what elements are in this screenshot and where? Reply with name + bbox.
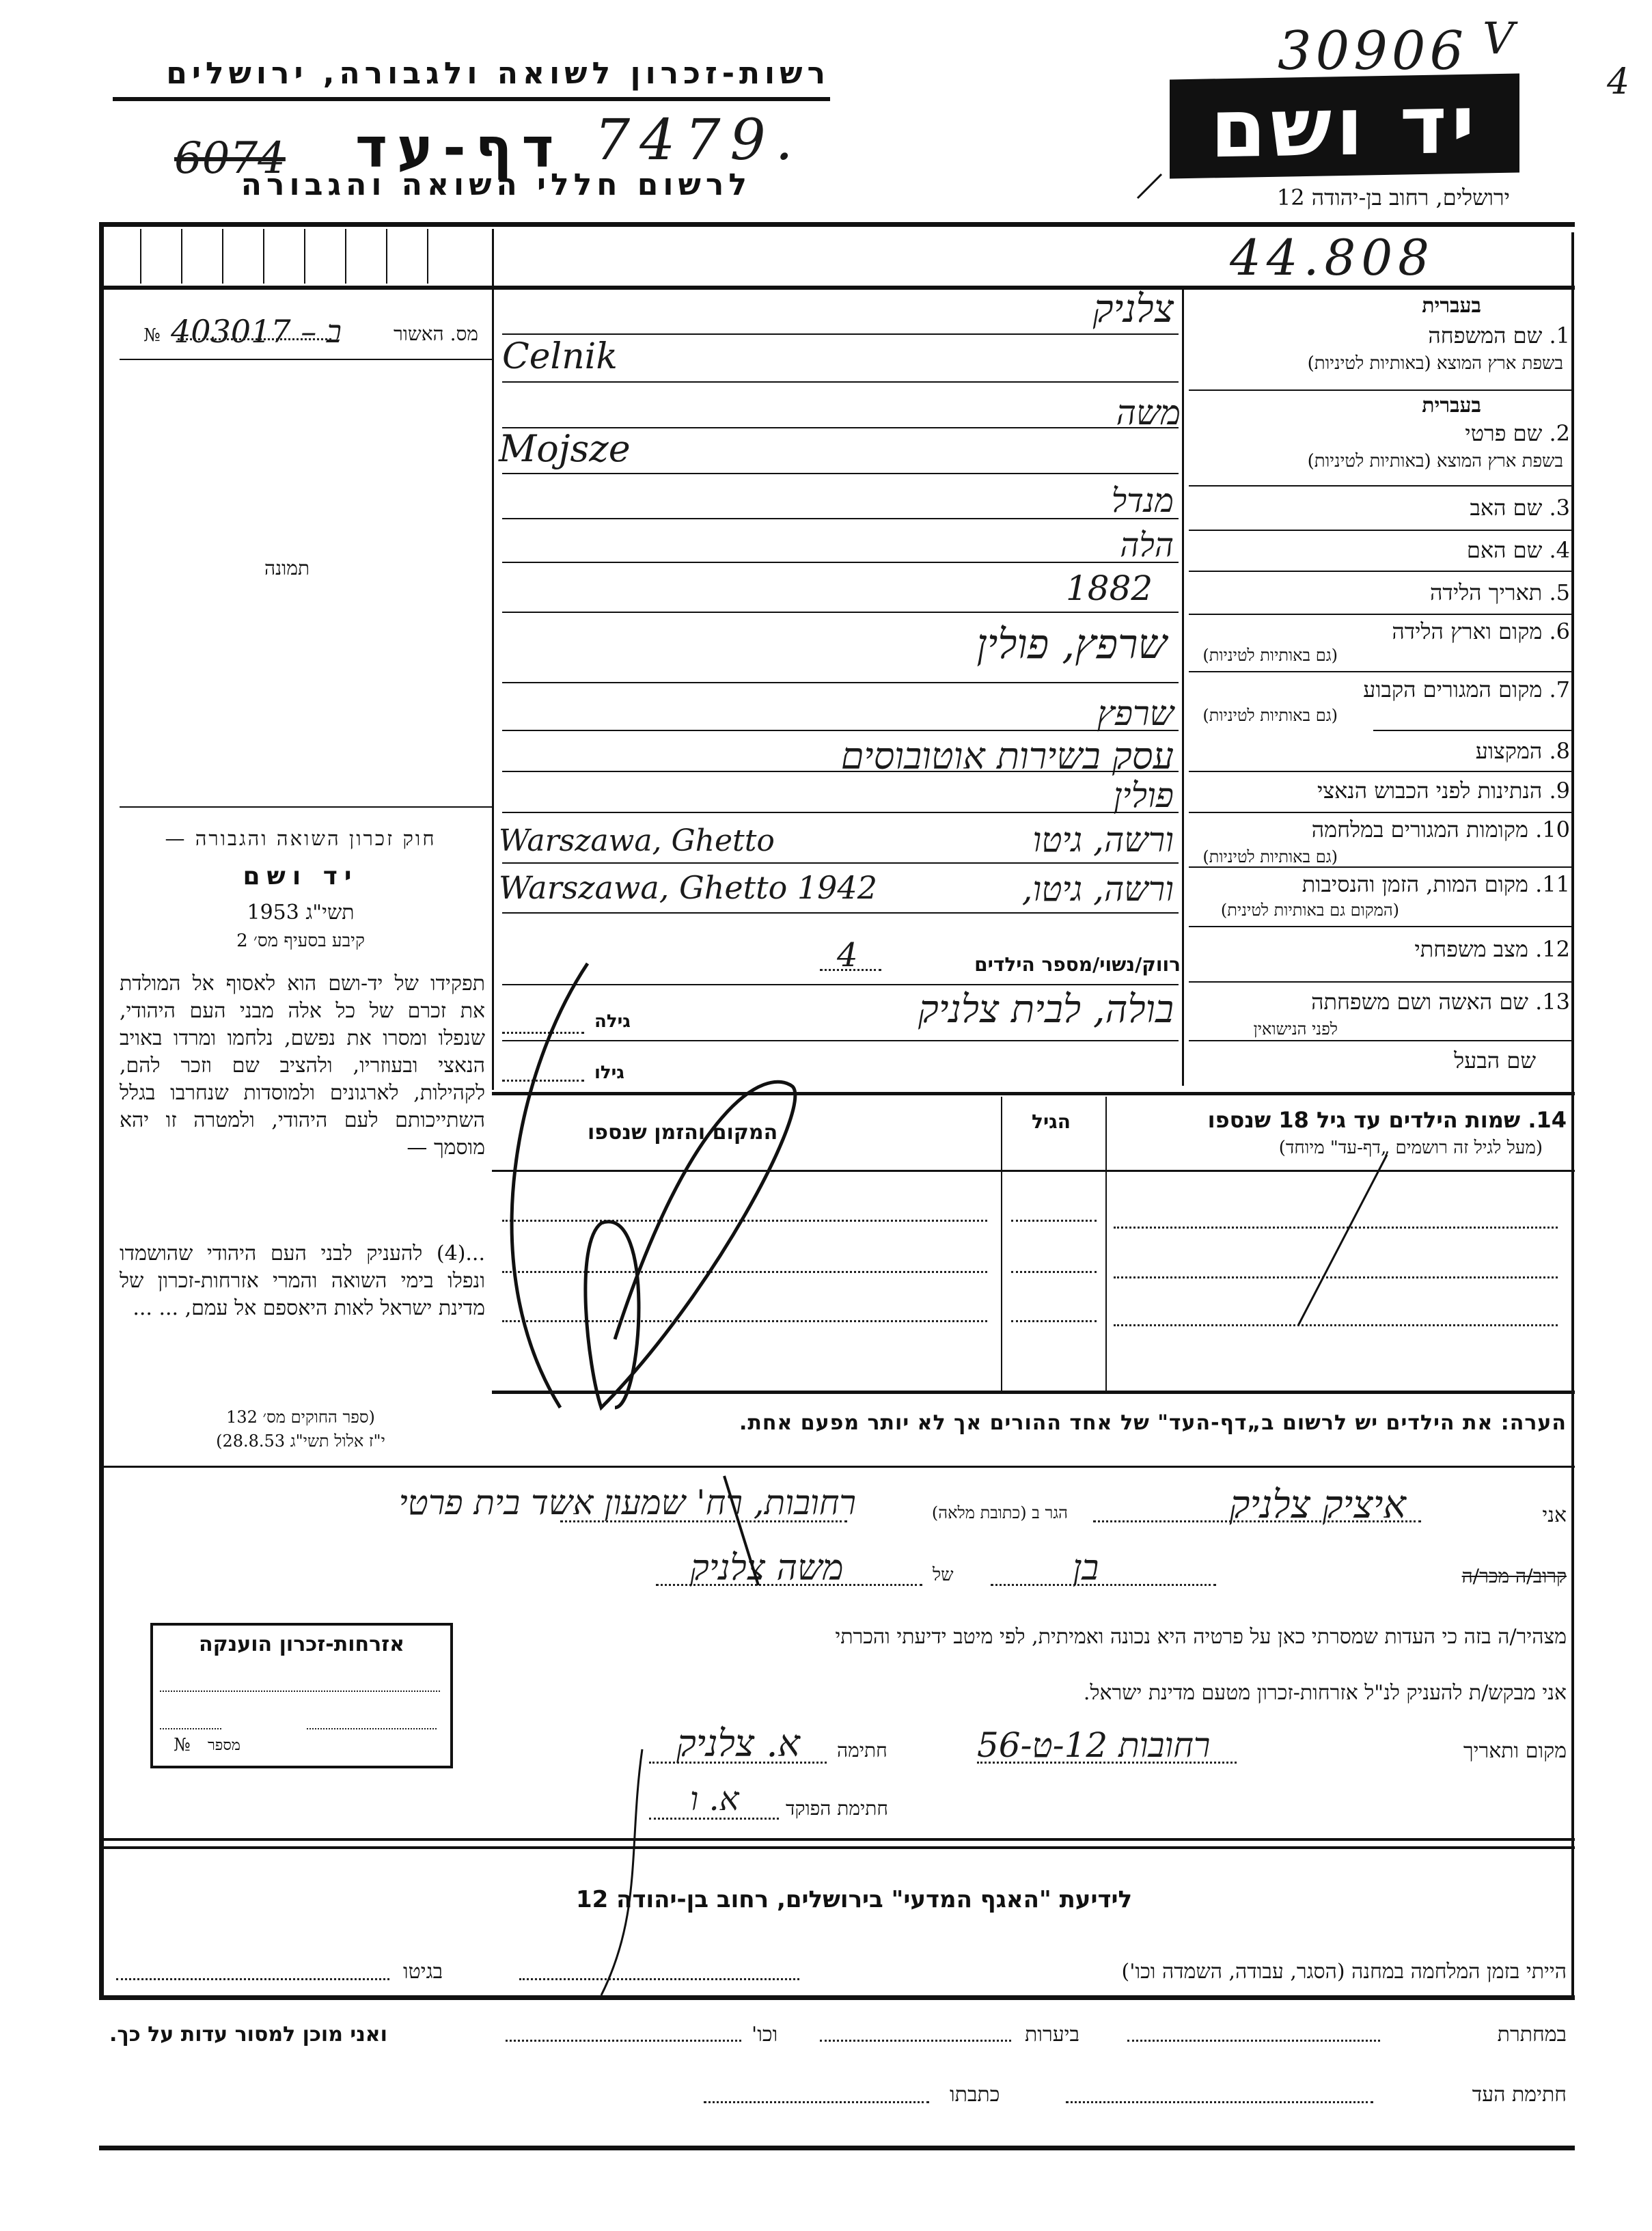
pen-strokes-overlay [0, 0, 1652, 2231]
